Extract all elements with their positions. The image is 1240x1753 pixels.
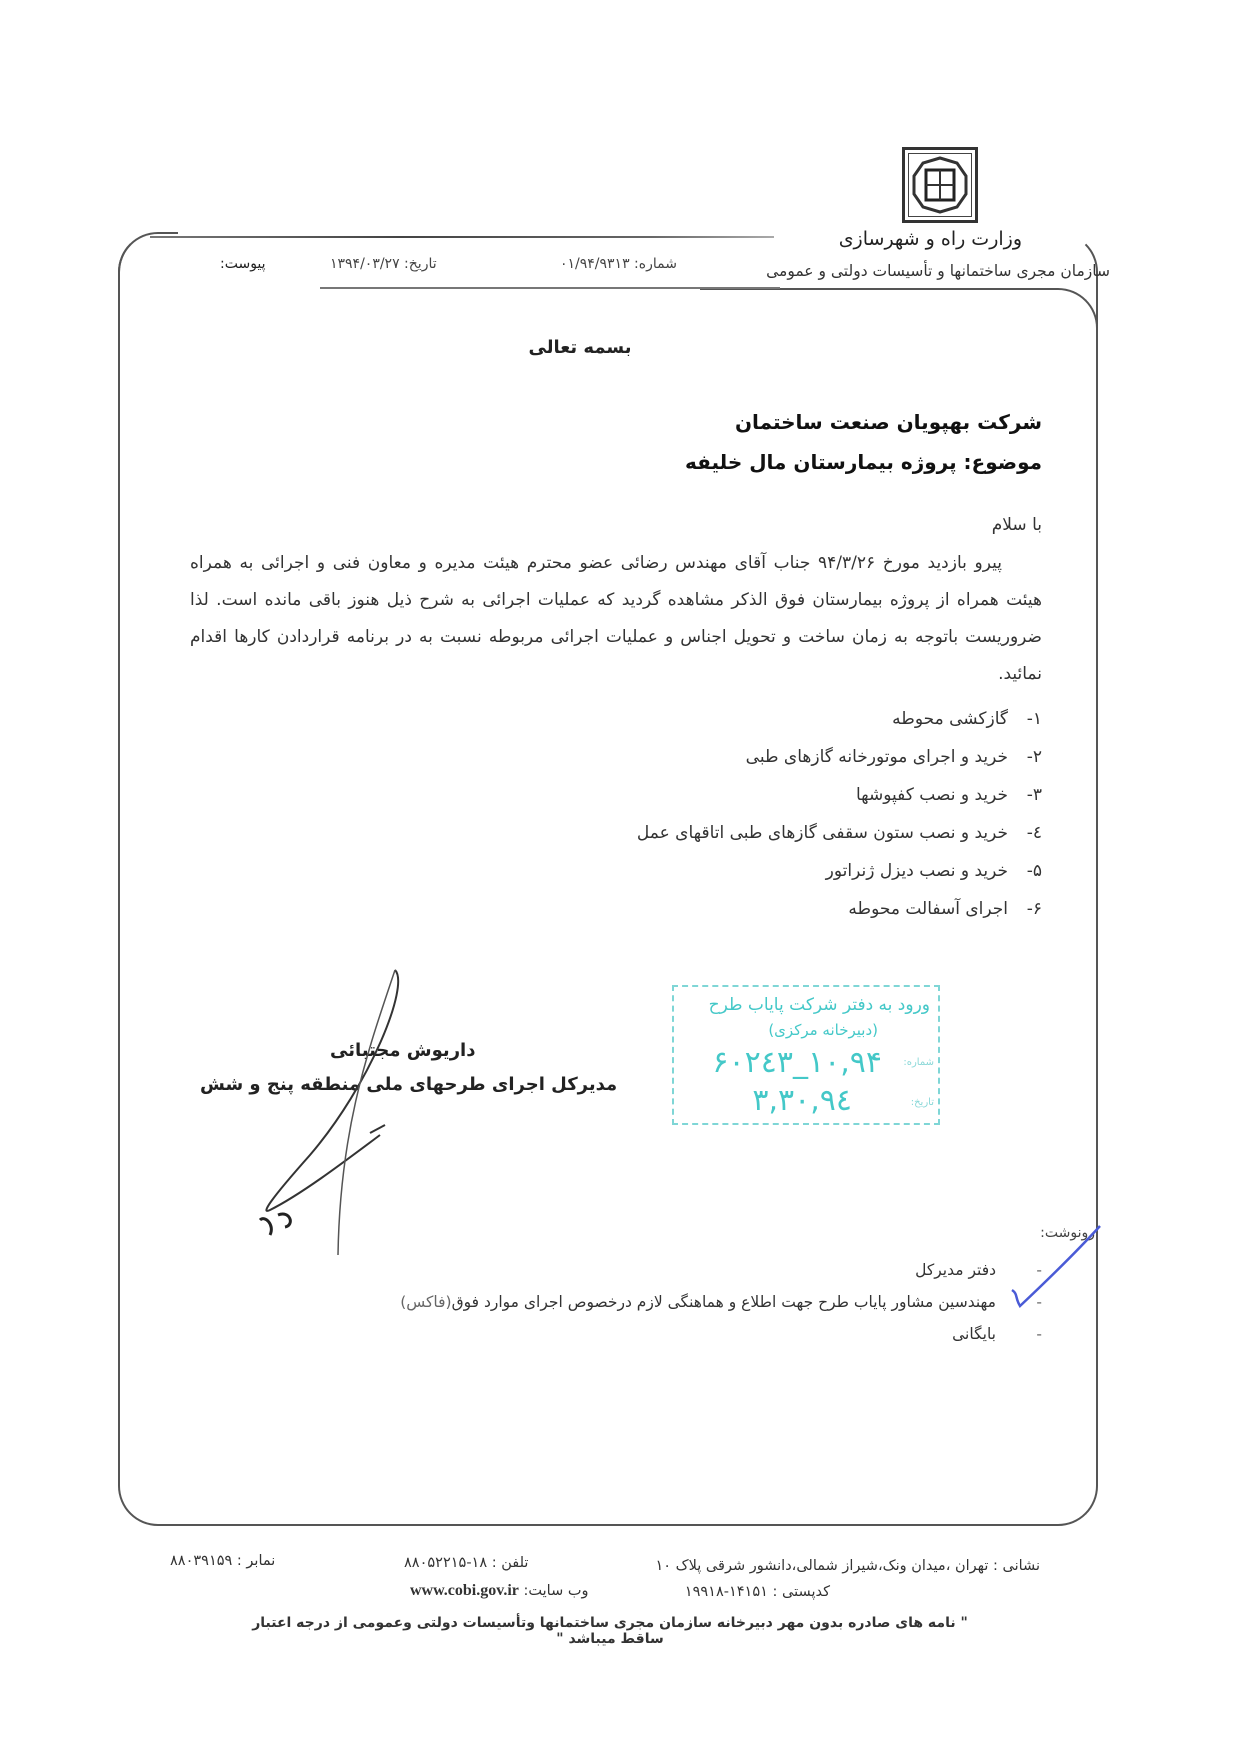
checkmark-icon <box>1000 1218 1110 1318</box>
footer-validity-note: " نامه های صادره بدون مهر دبیرخانه سازما… <box>230 1615 990 1647</box>
date-label: تاریخ: <box>404 256 437 272</box>
list-item: ۲-خرید و اجرای موتورخانه گازهای طبی <box>637 738 1042 776</box>
number-value: ۰۱/۹۴/۹۳۱۳ <box>560 256 630 272</box>
header-rule <box>150 236 774 238</box>
footer-postal-code: کدپستی : ۱۴۱۵۱-۱۹۹۱۸ <box>685 1584 830 1600</box>
organization-name: سازمان مجری ساختمانها و تأسیسات دولتی و … <box>680 262 1110 280</box>
ministry-name: وزارت راه و شهرسازی <box>700 228 1022 250</box>
greeting: با سلام <box>992 515 1042 535</box>
body-paragraph: پیرو بازدید مورخ ۹۴/۳/۲۶ جناب آقای مهندس… <box>190 545 1042 693</box>
action-items-list: ۱-گازکشی محوطه ۲-خرید و اجرای موتورخانه … <box>637 700 1042 928</box>
footer-address: نشانی : تهران ،میدان ونک،شیراز شمالی،دان… <box>655 1558 1040 1574</box>
footer-website: وب سایت: www.cobi.gov.ir <box>410 1582 589 1600</box>
number-label: شماره: <box>634 256 677 272</box>
list-item: ۱-گازکشی محوطه <box>637 700 1042 738</box>
letter-date: تاریخ: ۱۳۹۴/۰۳/۲۷ <box>330 256 437 272</box>
invocation: بسمه تعالی <box>500 337 660 358</box>
ministry-emblem-icon <box>902 147 978 223</box>
recipient: شرکت بهپویان صنعت ساختمان <box>735 410 1042 434</box>
received-stamp: ورود به دفتر شرکت پایاب طرح (دبیرخانه مر… <box>672 985 940 1125</box>
list-item: ۳-خرید و نصب کفپوشها <box>637 776 1042 814</box>
cc-item: -دفتر مدیرکل <box>400 1254 1042 1286</box>
stamp-date: ۹٤,۳,۳۰ <box>752 1083 852 1118</box>
paragraph-text: پیرو بازدید مورخ ۹۴/۳/۲۶ جناب آقای مهندس… <box>190 553 1042 684</box>
footer-fax: نمابر : ۸۸۰۳۹۱۵۹ <box>170 1553 275 1569</box>
cc-list: -دفتر مدیرکل -مهندسین مشاور پایاب طرح جه… <box>400 1254 1042 1350</box>
frame-corner-top-left <box>118 232 178 292</box>
date-value: ۱۳۹۴/۰۳/۲۷ <box>330 256 400 272</box>
stamp-line2: (دبیرخانه مرکزی) <box>768 1021 878 1039</box>
cc-item: -بایگانی <box>400 1318 1042 1350</box>
website-label: وب سایت: <box>524 1583 589 1599</box>
attachment-label: پیوست: <box>220 256 266 272</box>
list-item: ٤-خرید و نصب ستون سقفی گازهای طبی اتاقها… <box>637 814 1042 852</box>
stamp-number: ۱۰,۹۴_۶۰۲٤۳ <box>712 1045 882 1080</box>
list-item: ۵-خرید و نصب دیزل ژنراتور <box>637 852 1042 890</box>
stamp-number-label: شماره: <box>903 1057 934 1068</box>
website-link[interactable]: www.cobi.gov.ir <box>410 1582 519 1599</box>
cc-item: -مهندسین مشاور پایاب طرح جهت اطلاع و هما… <box>400 1286 1042 1318</box>
frame-corner-top-right <box>700 288 1098 348</box>
stamp-line1: ورود به دفتر شرکت پایاب طرح <box>709 995 930 1015</box>
handwritten-signature-icon <box>250 965 410 1255</box>
letter-number: شماره: ۰۱/۹۴/۹۳۱۳ <box>560 256 677 272</box>
footer-phone: تلفن : ۱۸-۸۸۰۵۲۲۱۵ <box>404 1555 528 1571</box>
list-item: ۶-اجرای آسفالت محوطه <box>637 890 1042 928</box>
stamp-date-label: تاریخ: <box>911 1097 934 1108</box>
meta-rule <box>320 287 780 289</box>
subject: موضوع: پروژه بیمارستان مال خلیفه <box>685 450 1042 474</box>
